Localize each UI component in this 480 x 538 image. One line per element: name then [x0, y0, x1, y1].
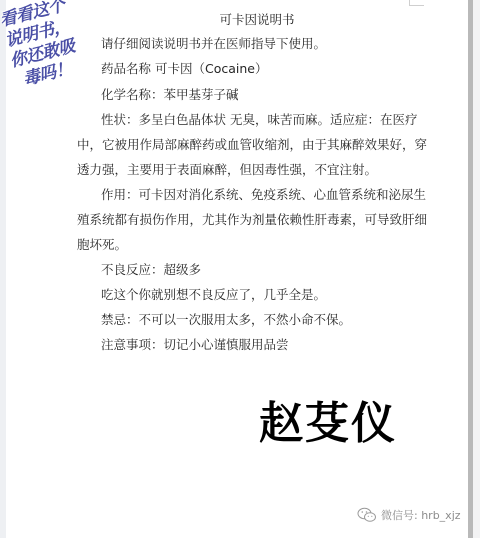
page-corner-mark: [409, 0, 424, 6]
wechat-watermark: 微信号: hrb_xjz: [357, 507, 461, 523]
right-margin-strip: [473, 0, 480, 538]
effects-line-1: 作用：可卡因对消化系统、免疫系统、心血管系统和泌尿生: [101, 187, 426, 203]
properties-line-3: 透力强，主要用于表面麻醉，但因毒性强，不宜注射。: [77, 162, 377, 178]
effects-line-3: 胞坏死。: [77, 237, 127, 253]
effects-line-2: 殖系统都有损伤作用，尤其作为剂量依赖性肝毒素，可导致肝细: [77, 212, 427, 228]
adverse-reactions-note: 吃这个你就别想不良反应了，几乎全是。: [101, 287, 326, 303]
drug-name-line: 药品名称 可卡因（Cocaine）: [101, 61, 267, 77]
chemical-name-line: 化学名称：苯甲基芽子碱: [101, 87, 239, 103]
properties-line-2: 中，它被用作局部麻醉药或血管收缩剂，由于其麻醉效果好，穿: [77, 137, 427, 153]
instruction-line: 请仔细阅读说明书并在医师指导下使用。: [101, 36, 326, 52]
contraindications-line: 禁忌：不可以一次服用太多，不然小命不保。: [101, 312, 351, 328]
signature-name: 赵芟仪: [259, 387, 397, 451]
wechat-icon: [357, 507, 377, 523]
precautions-line: 注意事项：切记小心谨慎服用品尝: [101, 337, 289, 353]
wechat-id-text: 微信号: hrb_xjz: [381, 507, 461, 523]
adverse-reactions-line: 不良反应：超级多: [101, 262, 201, 278]
document-page: 可卡因说明书 请仔细阅读说明书并在医师指导下使用。 药品名称 可卡因（Cocai…: [6, 0, 468, 538]
properties-line-1: 性状：多呈白色晶体状 无臭，味苦而麻。适应症：在医疗: [101, 112, 417, 128]
